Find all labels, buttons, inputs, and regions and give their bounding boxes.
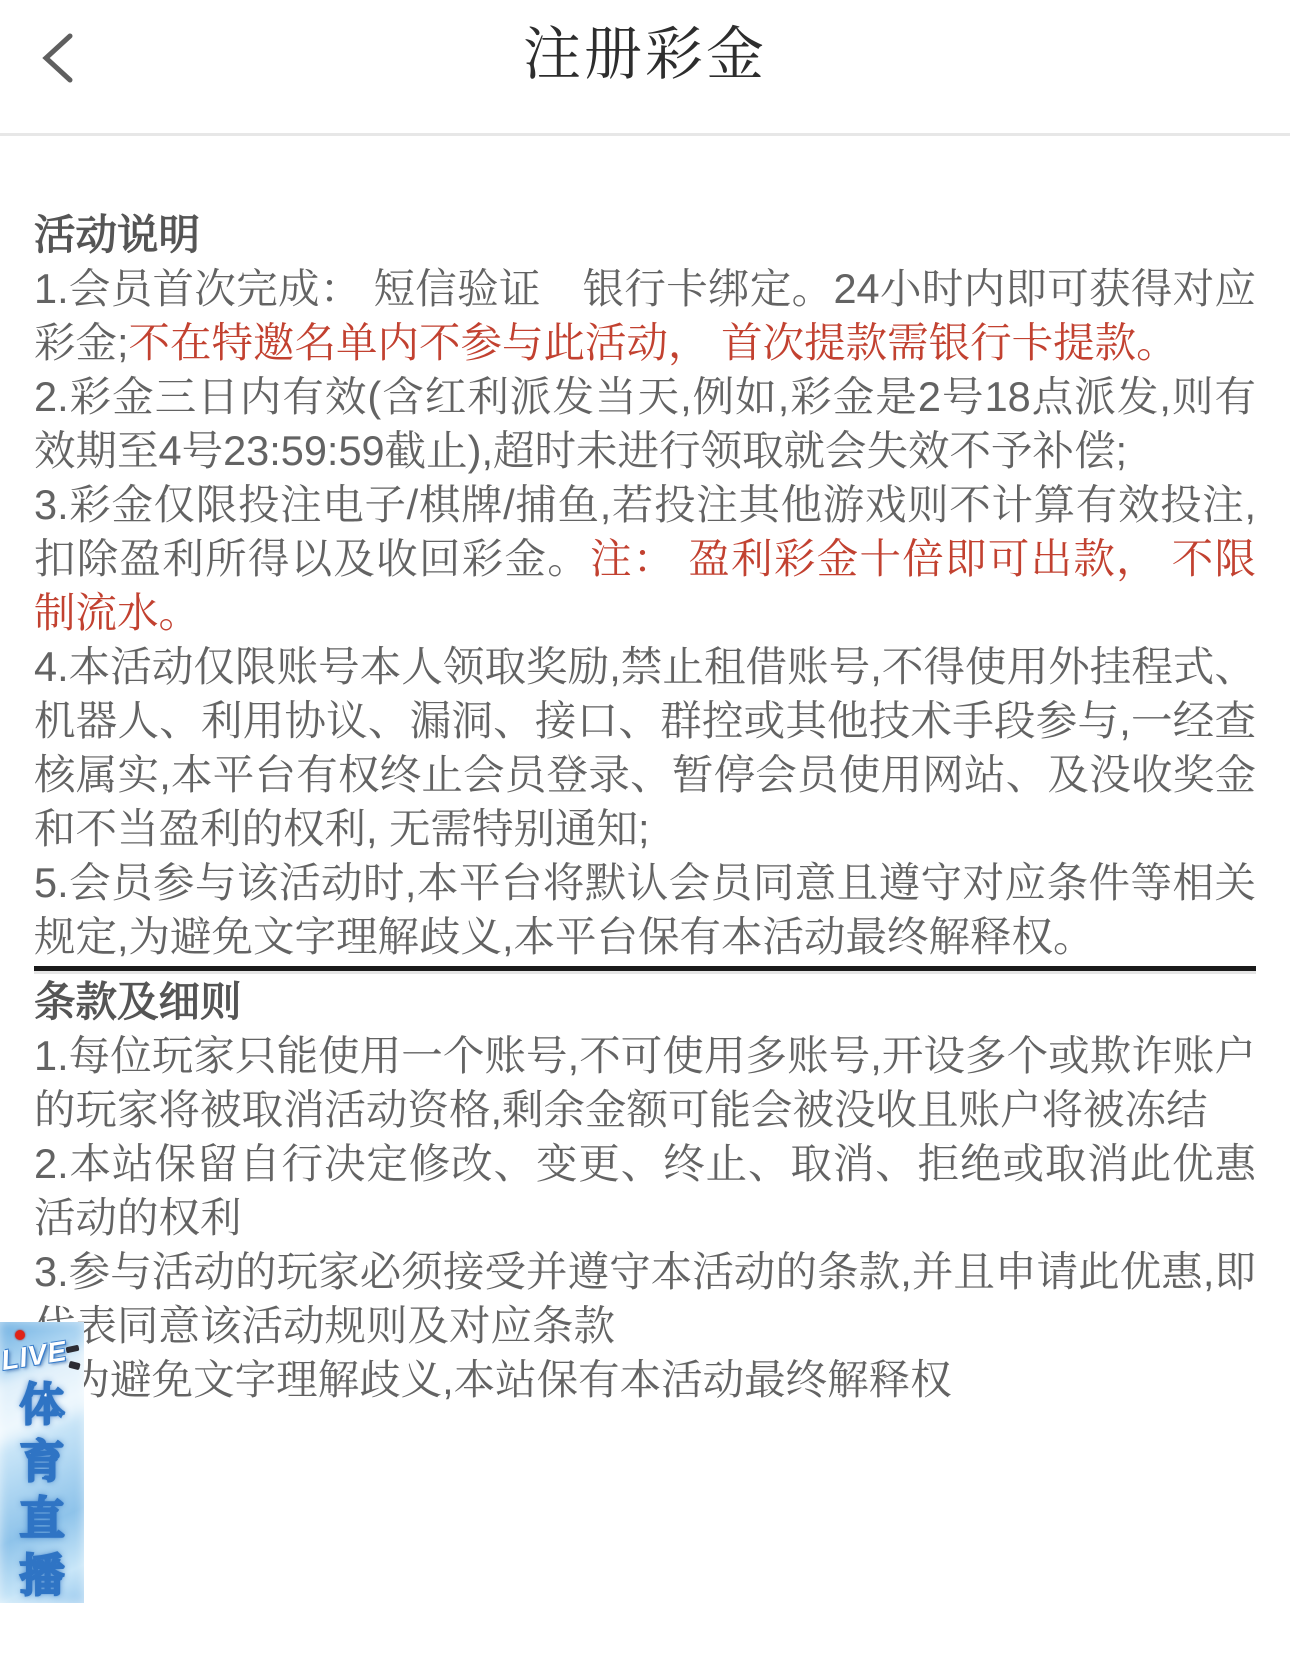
paragraph-text: 4.本活动仅限账号本人领取奖励,禁止租借账号,不得使用外挂程式、机器人、利用协议… bbox=[34, 643, 1256, 852]
sports-live-vertical-label: 体 育 直 播 bbox=[0, 1382, 84, 1599]
paragraph-text: 3.参与活动的玩家必须接受并遵守本活动的条款,并且申请此优惠,即代表同意该活动规… bbox=[34, 1248, 1256, 1349]
live-red-dot-icon bbox=[15, 1330, 25, 1340]
back-button[interactable] bbox=[36, 30, 80, 86]
paragraph-text: 5.会员参与该活动时,本平台将默认会员同意且遵守对应条件等相关规定,为避免文字理… bbox=[34, 859, 1256, 960]
terms-rule-4: 4.为避免文字理解歧义,本站保有本活动最终解释权 bbox=[34, 1353, 1256, 1407]
chevron-left-icon bbox=[41, 33, 75, 83]
activity-rule-2: 2.彩金三日内有效(含红利派发当天,例如,彩金是2号18点派发,则有效期至4号2… bbox=[34, 370, 1256, 478]
section-divider bbox=[34, 966, 1256, 971]
registration-bonus-page: 注册彩金 活动说明 1.会员首次完成： 短信验证 银行卡绑定。24小时内即可获得… bbox=[0, 0, 1290, 1407]
banner-char: 体 bbox=[19, 1382, 64, 1428]
banner-char: 直 bbox=[19, 1496, 64, 1542]
activity-rule-3: 3.彩金仅限投注电子/棋牌/捕鱼,若投注其他游戏则不计算有效投注,扣除盈利所得以… bbox=[34, 478, 1256, 640]
terms-rule-2: 2.本站保留自行决定修改、变更、终止、取消、拒绝或取消此优惠活动的权利 bbox=[34, 1137, 1256, 1245]
live-label: LIVE bbox=[0, 1335, 69, 1377]
paragraph-text: 2.本站保留自行决定修改、变更、终止、取消、拒绝或取消此优惠活动的权利 bbox=[34, 1140, 1256, 1241]
paragraph-text: 4.为避免文字理解歧义,本站保有本活动最终解释权 bbox=[34, 1356, 952, 1403]
terms-rule-1: 1.每位玩家只能使用一个账号,不可使用多账号,开设多个或欺诈账户的玩家将被取消活… bbox=[34, 1029, 1256, 1137]
section-terms: 条款及细则 1.每位玩家只能使用一个账号,不可使用多账号,开设多个或欺诈账户的玩… bbox=[34, 975, 1256, 1407]
header: 注册彩金 bbox=[0, 0, 1290, 136]
paragraph-text: 2.彩金三日内有效(含红利派发当天,例如,彩金是2号18点派发,则有效期至4号2… bbox=[34, 373, 1256, 474]
page-title: 注册彩金 bbox=[0, 0, 1290, 86]
activity-description-heading: 活动说明 bbox=[34, 208, 1256, 262]
paragraph-text: 1.每位玩家只能使用一个账号,不可使用多账号,开设多个或欺诈账户的玩家将被取消活… bbox=[34, 1032, 1256, 1133]
paragraph-text-red: 不在特邀名单内不参与此活动， 首次提款需银行卡提款。 bbox=[129, 319, 1178, 366]
activity-rule-1: 1.会员首次完成： 短信验证 银行卡绑定。24小时内即可获得对应彩金;不在特邀名… bbox=[34, 262, 1256, 370]
banner-char: 播 bbox=[19, 1553, 64, 1599]
sports-live-floating-banner[interactable]: LIVE 体 育 直 播 bbox=[0, 1322, 84, 1603]
section-activity-description: 活动说明 1.会员首次完成： 短信验证 银行卡绑定。24小时内即可获得对应彩金;… bbox=[34, 208, 1256, 964]
activity-rule-4: 4.本活动仅限账号本人领取奖励,禁止租借账号,不得使用外挂程式、机器人、利用协议… bbox=[34, 640, 1256, 856]
banner-char: 育 bbox=[19, 1439, 64, 1485]
banner-mark-icon bbox=[68, 1361, 80, 1370]
terms-rule-3: 3.参与活动的玩家必须接受并遵守本活动的条款,并且申请此优惠,即代表同意该活动规… bbox=[34, 1245, 1256, 1353]
terms-heading: 条款及细则 bbox=[34, 975, 1256, 1029]
activity-rule-5: 5.会员参与该活动时,本平台将默认会员同意且遵守对应条件等相关规定,为避免文字理… bbox=[34, 856, 1256, 964]
banner-mark-icon bbox=[66, 1345, 80, 1354]
content: 活动说明 1.会员首次完成： 短信验证 银行卡绑定。24小时内即可获得对应彩金;… bbox=[0, 136, 1290, 1407]
